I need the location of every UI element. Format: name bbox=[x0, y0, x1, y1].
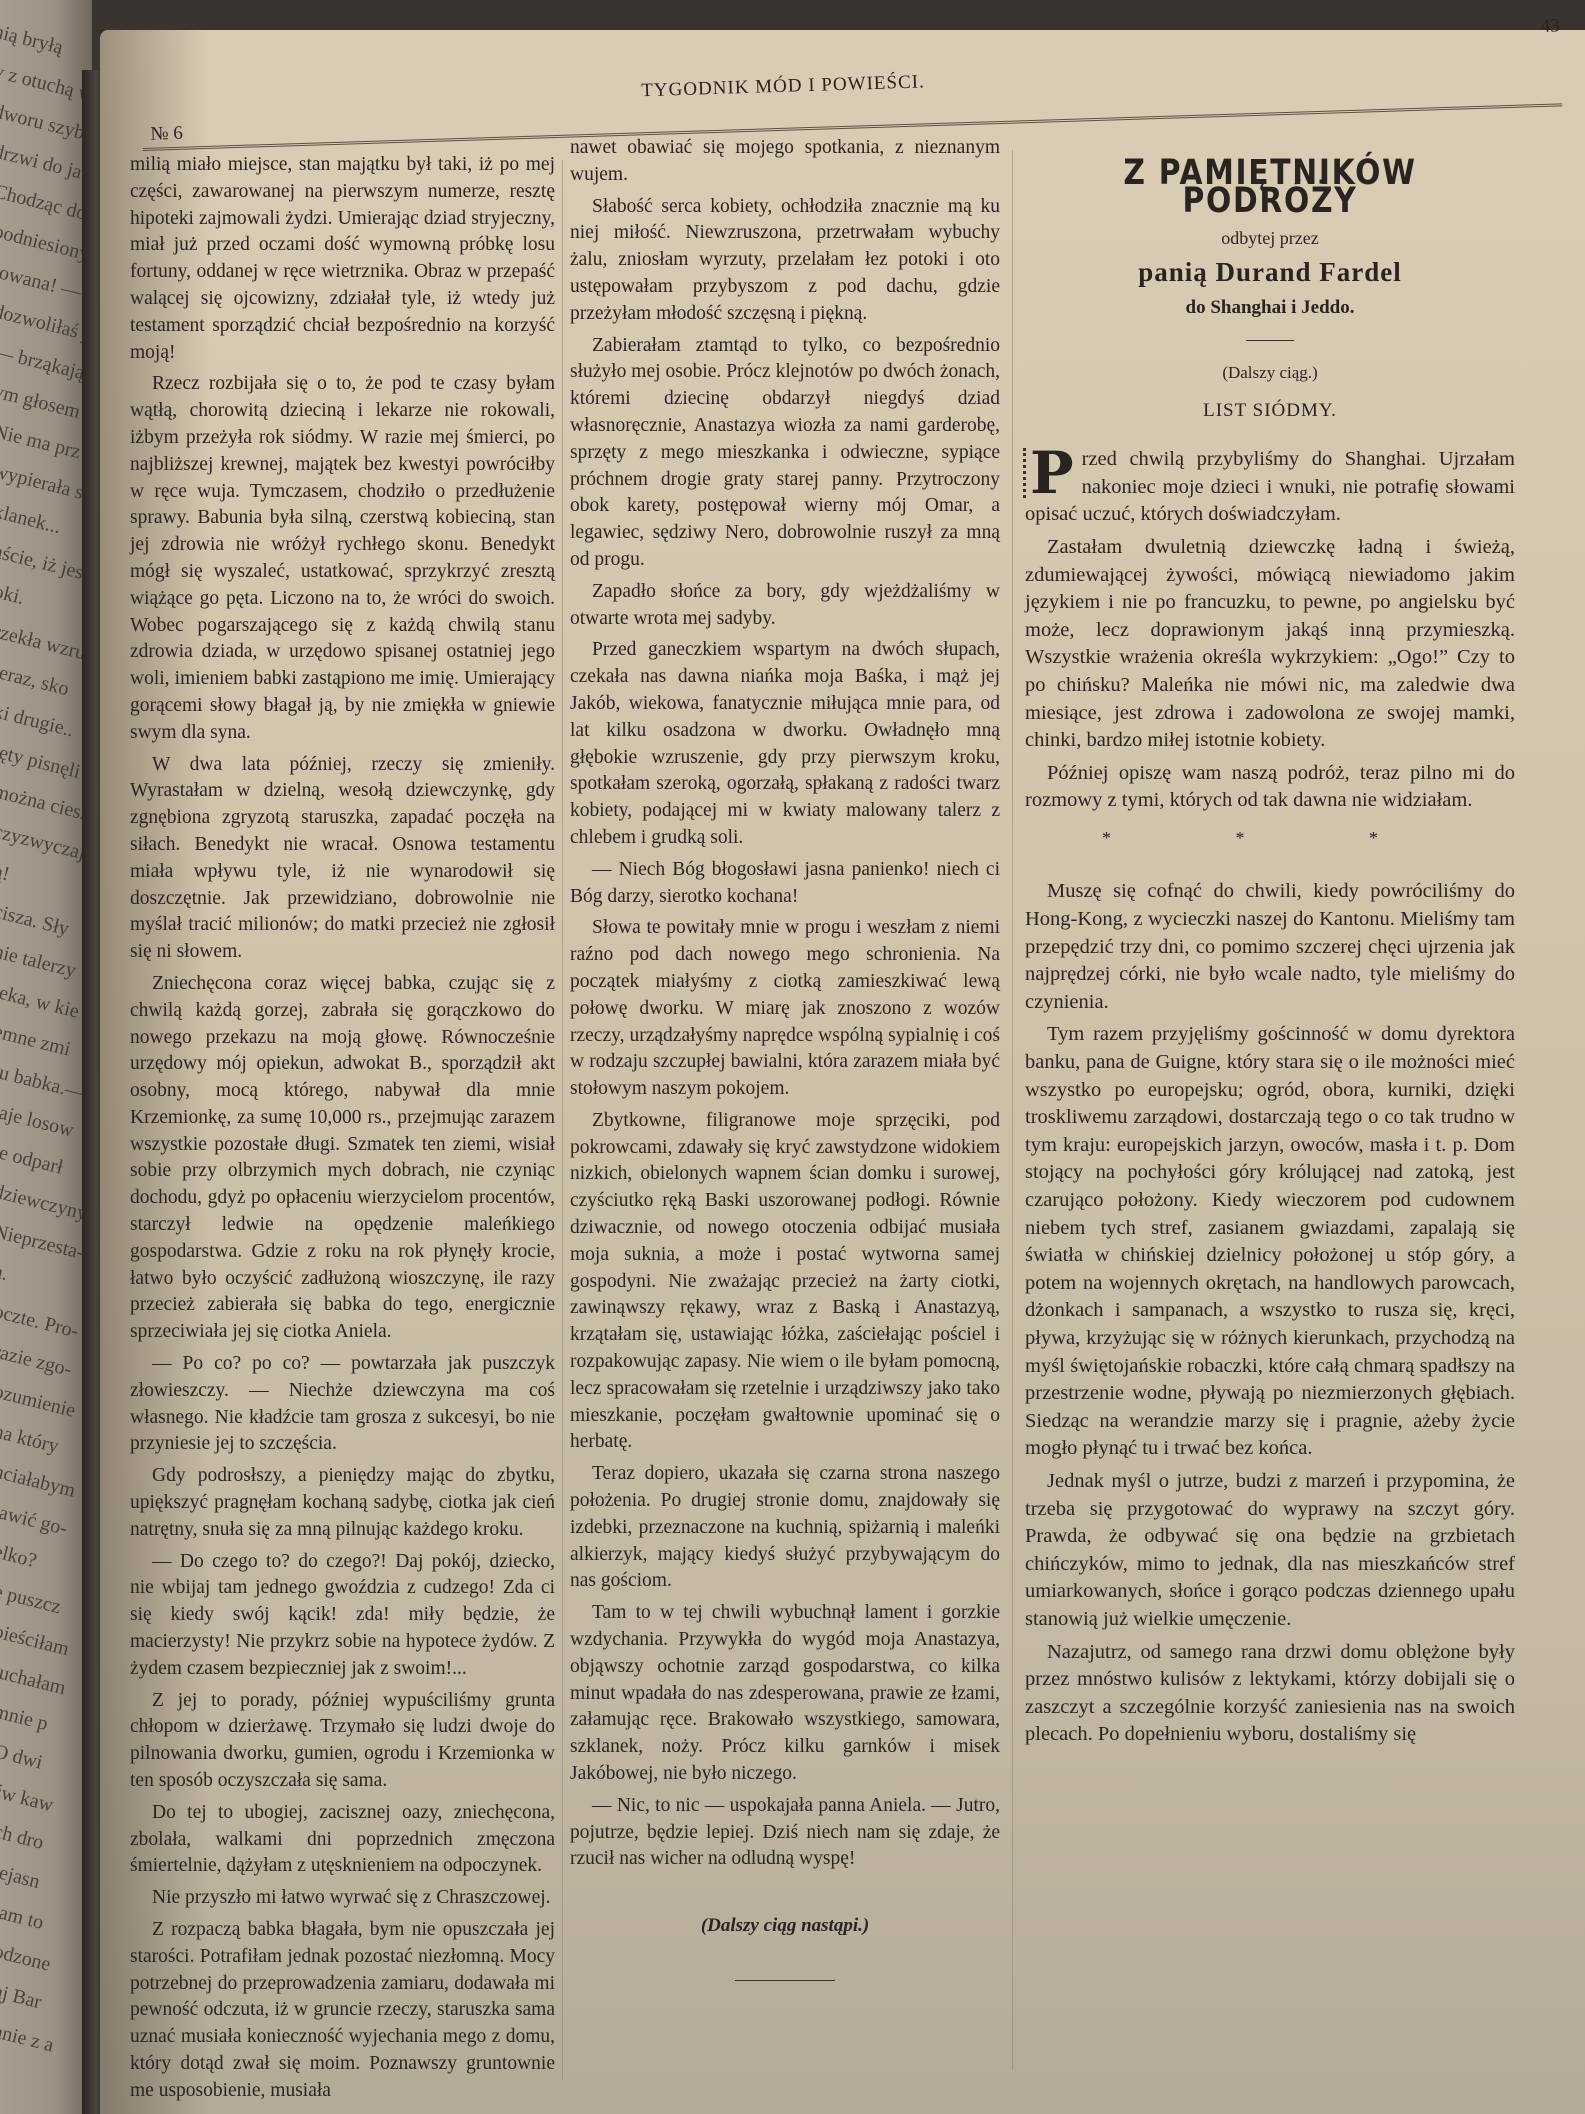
paragraph: nawet obawiać się mojego spotkania, z ni… bbox=[570, 135, 1000, 189]
previous-page-text-fragment: ą! bbox=[0, 860, 12, 886]
previous-page-text-fragment: — brząkają bbox=[0, 340, 87, 385]
section-break-asterisks: * * * bbox=[1025, 825, 1515, 853]
previous-page-text-fragment: ch dro bbox=[0, 1820, 46, 1855]
right-column-text-after-break: Muszę się cofnąć do chwili, kiedy powróc… bbox=[1025, 878, 1515, 1748]
previous-page-text-fragment: dozwoliłaś je bbox=[0, 300, 92, 348]
paragraph: Muszę się cofnąć do chwili, kiedy powróc… bbox=[1025, 878, 1515, 1016]
previous-page-text-fragment: łowana! — za bbox=[0, 260, 92, 309]
ornamental-drop-cap-icon: P bbox=[1023, 448, 1074, 498]
title-rule bbox=[1246, 340, 1294, 341]
previous-page-text-fragment: iu babka.— bbox=[0, 1060, 87, 1105]
previous-page-text-fragment: aście, iż jes bbox=[0, 540, 86, 584]
paragraph: — Niech Bóg błogosławi jasna panienko! n… bbox=[570, 857, 1000, 911]
paragraph: Słabość serca kobiety, ochłodziła znaczn… bbox=[570, 194, 1000, 328]
previous-page-text-fragment: pieściłam bbox=[0, 1620, 71, 1661]
previous-page-text-fragment: oki. bbox=[0, 580, 26, 610]
previous-page-text-fragment: dziewczyny bbox=[0, 1180, 89, 1225]
paragraph: Zabierałam ztamtąd to tylko, co bezpośre… bbox=[570, 333, 1000, 574]
letter-heading: LIST SIÓDMY. bbox=[1025, 397, 1515, 425]
previous-page-text-fragment: wypierała się bbox=[0, 460, 92, 508]
previous-page-text-fragment: iejasn bbox=[0, 1860, 42, 1894]
previous-page-text-fragment: nią bryłą bbox=[0, 20, 65, 59]
paragraph: Tym razem przyjęliśmy gościnność w domu … bbox=[1025, 1021, 1515, 1463]
previous-page-text-fragment: można ciesz bbox=[0, 780, 92, 826]
previous-page-text-fragment: lęty pisnęli bbox=[0, 740, 82, 784]
article-title: Z PAMIĘTNIKÓW PODRÓŻY bbox=[1062, 160, 1479, 215]
middle-column: nawet obawiać się mojego spotkania, z ni… bbox=[570, 135, 1000, 1981]
previous-page-text-fragment: ieka, w kie bbox=[0, 980, 81, 1023]
previous-page-text-fragment: ym głosem od bbox=[0, 380, 92, 430]
page-header: № 6 TYGODNIK MÓD I POWIEŚCI. 43 bbox=[140, 13, 1562, 138]
previous-page-text-fragment: aj Bar bbox=[0, 1980, 44, 2014]
previous-page-text-fragment: podniesionym bbox=[0, 220, 92, 270]
previous-page-text-fragment: tam to bbox=[0, 1900, 46, 1935]
right-column: Z PAMIĘTNIKÓW PODRÓŻY odbytej przez pani… bbox=[1025, 160, 1515, 1754]
previous-page-text-fragment: ie odparł bbox=[0, 1140, 65, 1179]
previous-page-text-fragment: czyzwyczaja bbox=[0, 820, 92, 867]
paragraph: Teraz dopiero, ukazała się czarna strona… bbox=[570, 1461, 1000, 1595]
paragraph: Zastałam dwuletnią dziewczkę ładną i świ… bbox=[1025, 534, 1515, 755]
previous-page-text-fragment: oczte. Pro- bbox=[0, 1300, 81, 1343]
previous-page-text-fragment: razie zgo- bbox=[0, 1340, 74, 1382]
paragraph: Słowa te powitały mnie w progu i weszłam… bbox=[570, 915, 1000, 1103]
paragraph: Zapadło słońce za bory, gdy wjeżdżaliśmy… bbox=[570, 579, 1000, 633]
paragraph: Tam to w tej chwili wybuchnął lament i g… bbox=[570, 1600, 1000, 1788]
to-be-continued: (Dalszy ciąg nastąpi.) bbox=[570, 1913, 1000, 1940]
paragraph: Nie przyszło mi łatwo wyrwać się z Chras… bbox=[130, 1885, 555, 1912]
first-paragraph-text: rzed chwilą przybyliśmy do Shanghai. Ujr… bbox=[1025, 448, 1515, 525]
paragraph: — Do czego to? do czego?! Daj pokój, dzi… bbox=[130, 1549, 555, 1683]
continuation-note: (Dalszy ciąg.) bbox=[1025, 359, 1515, 387]
paragraph: Do tej to ubogiej, zacisznej oazy, zniec… bbox=[130, 1800, 555, 1880]
previous-page-text-fragment: Chodząc doko bbox=[0, 180, 92, 230]
left-column: milią miało miejsce, stan majątku był ta… bbox=[130, 152, 555, 2110]
paragraph: Zbytkowne, filigranowe moje sprzęciki, p… bbox=[570, 1108, 1000, 1456]
middle-column-text: nawet obawiać się mojego spotkania, z ni… bbox=[570, 135, 1000, 1873]
paragraph: W dwa lata później, rzeczy się zmieniły.… bbox=[130, 752, 555, 966]
end-rule bbox=[735, 1980, 835, 1981]
column-divider bbox=[562, 160, 563, 2080]
previous-page-text-fragment: klanek... bbox=[0, 500, 63, 539]
article-byline: odbytej przez bbox=[1025, 225, 1515, 253]
paragraph: Jednak myśl o jutrze, budzi z marzeń i p… bbox=[1025, 1468, 1515, 1634]
running-title: TYGODNIK MÓD I POWIEŚCI. bbox=[641, 71, 925, 102]
article-author: panią Durand Fardel bbox=[1025, 259, 1515, 287]
previous-page-text-fragment: laje losow bbox=[0, 1100, 76, 1142]
previous-page-text-fragment: odzone bbox=[0, 1940, 53, 1976]
previous-page-text-fragment: y z otuchą w bbox=[0, 60, 92, 107]
previous-page-text-fragment: e puszcz bbox=[0, 1580, 63, 1619]
paragraph: Przed ganeczkiem wspartym na dwóch słupa… bbox=[570, 637, 1000, 851]
previous-page-text-fragment: drzwi do ja bbox=[0, 140, 84, 184]
previous-page-text-fragment: Nieprzesta- bbox=[0, 1220, 86, 1265]
page-number: 43 bbox=[1540, 15, 1560, 38]
previous-page-text-fragment: anie z a bbox=[0, 2020, 56, 2057]
previous-page-text-fragment: ki drugie.. bbox=[0, 700, 76, 742]
previous-page-text-fragment: dworu szybkie bbox=[0, 100, 92, 151]
first-paragraph: Przed chwilą przybyliśmy do Shanghai. Uj… bbox=[1025, 446, 1515, 529]
paragraph: Gdy podrosłszy, a pieniędzy mając do zby… bbox=[130, 1463, 555, 1543]
article-route: do Shanghai i Jeddo. bbox=[1025, 294, 1515, 322]
paragraph: Zniechęcona coraz więcej babka, czując s… bbox=[130, 971, 555, 1346]
previous-page-text-fragment: rzekła wzru bbox=[0, 620, 88, 665]
previous-page-text-fragment: teraz, sko bbox=[0, 660, 71, 701]
paragraph: — Nic, to nic — uspokajała panna Aniela.… bbox=[570, 1793, 1000, 1873]
previous-page-text-fragment: św kaw bbox=[0, 1780, 56, 1817]
previous-page-text-fragment: cisza. Sły bbox=[0, 900, 71, 941]
paragraph: milią miało miejsce, stan majątku był ta… bbox=[130, 152, 555, 366]
paragraph: Później opiszę wam naszą podróż, teraz p… bbox=[1025, 760, 1515, 815]
previous-page-text-fragment: tawić go- bbox=[0, 1500, 70, 1540]
previous-page-edge: nią bryłąy z otuchą wdworu szybkiedrzwi … bbox=[0, 0, 92, 2114]
previous-page-text-fragment: elko? bbox=[0, 1540, 39, 1573]
paragraph: Nazajutrz, od samego rana drzwi domu obl… bbox=[1025, 1639, 1515, 1749]
issue-number: № 6 bbox=[150, 123, 183, 146]
previous-page-text-fragment: na który bbox=[0, 1420, 61, 1458]
previous-page-text-fragment: O dwi bbox=[0, 1740, 45, 1774]
previous-page-text-fragment: a. bbox=[0, 1260, 10, 1286]
paragraph: Rzecz rozbijała się o to, że pod te czas… bbox=[130, 371, 555, 746]
previous-page-text-fragment: mnie p bbox=[0, 1700, 50, 1736]
paragraph: — Po co? po co? — powtarzała jak puszczy… bbox=[130, 1351, 555, 1458]
newspaper-page: № 6 TYGODNIK MÓD I POWIEŚCI. 43 milią mi… bbox=[100, 30, 1585, 2114]
previous-page-text-fragment: Nie ma prz bbox=[0, 420, 83, 464]
column-divider bbox=[1012, 150, 1013, 2070]
previous-page-text-fragment: łuchałam bbox=[0, 1660, 68, 1700]
previous-page-text-fragment: emne zmi bbox=[0, 1020, 73, 1061]
paragraph: Z jej to porady, później wypuściliśmy gr… bbox=[130, 1688, 555, 1795]
right-column-text-before-break: Zastałam dwuletnią dziewczkę ładną i świ… bbox=[1025, 534, 1515, 815]
paragraph: Z rozpaczą babka błagała, bym nie opuszc… bbox=[130, 1917, 555, 2105]
previous-page-text-fragment: ozumienie bbox=[0, 1380, 78, 1422]
previous-page-text-fragment: nie talerzy bbox=[0, 940, 78, 983]
previous-page-text-fragment: hciałabym bbox=[0, 1460, 78, 1502]
